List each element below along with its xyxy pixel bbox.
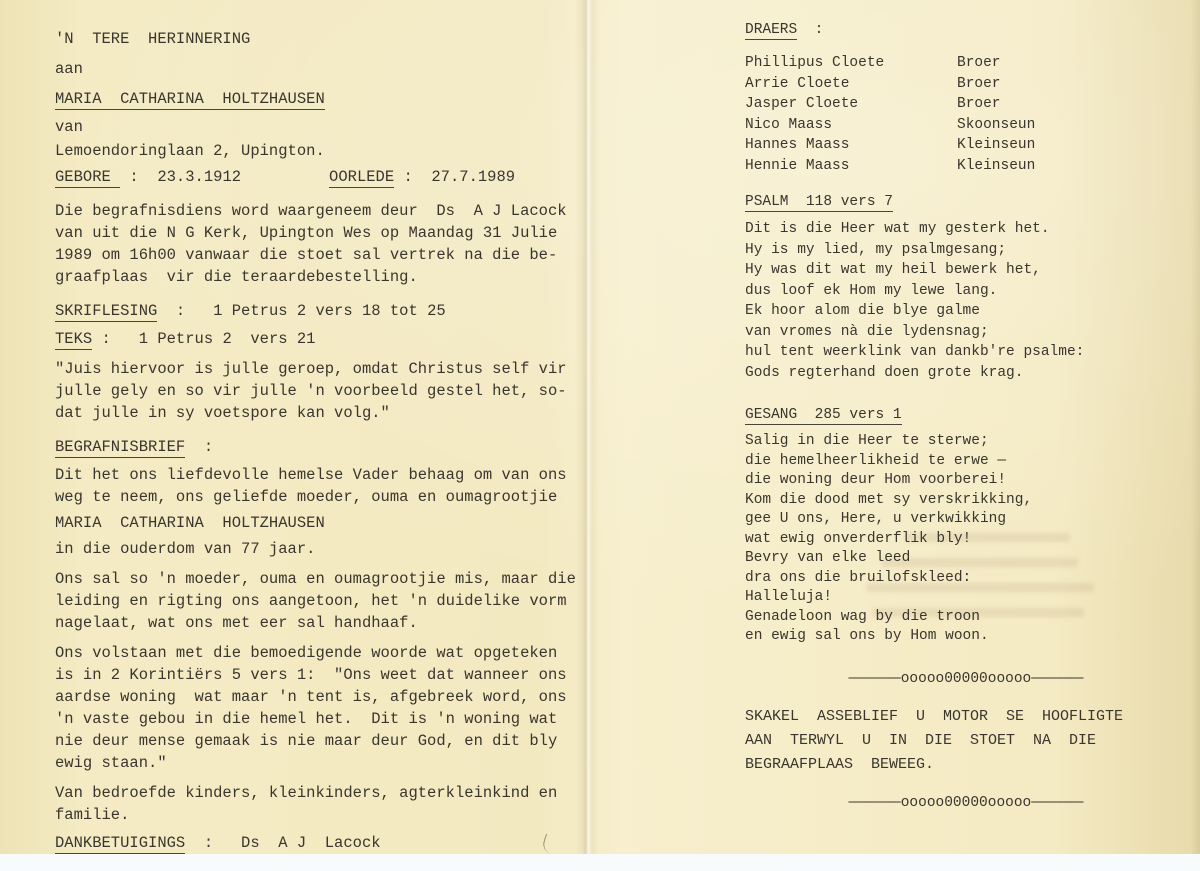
obituary-heading: BEGRAFNISBRIEF :: [55, 436, 580, 458]
memorial-heading: 'N TERE HERINNERING: [55, 28, 580, 50]
psalm-verse: Dit is die Heer wat my gesterk het. Hy i…: [745, 219, 1135, 383]
draers-label: DRAERS: [745, 22, 797, 40]
scripture-reading-line: SKRIFLESING : 1 Petrus 2 vers 18 tot 25: [55, 300, 580, 322]
died-value: : 27.7.1989: [394, 168, 515, 186]
bearer-name: Arrie Cloete: [745, 75, 957, 94]
text-reference-line: TEKS : 1 Petrus 2 vers 21: [55, 328, 580, 350]
bearer-role: Broer: [957, 95, 1135, 114]
van-label: van: [55, 116, 580, 138]
skriflesing-label: SKRIFLESING: [55, 302, 157, 322]
teks-value: : 1 Petrus 2 vers 21: [92, 330, 315, 348]
address-line: Lemoendoringlaan 2, Upington.: [55, 140, 580, 162]
bearers-heading: DRAERS :: [745, 20, 1135, 41]
service-paragraph: Die begrafnisdiens word waargeneem deur …: [55, 200, 580, 288]
died-label: OORLEDE: [329, 168, 394, 188]
bearer-name: Hennie Maass: [745, 157, 957, 176]
left-page: 'N TERE HERINNERING aan MARIA CATHARINA …: [55, 28, 580, 854]
born-died-row: GEBORE : 23.3.1912OORLEDE : 27.7.1989: [55, 166, 580, 188]
dankbetuigings-label: DANKBETUIGINGS: [55, 834, 185, 854]
begrafnisbrief-colon: :: [185, 438, 213, 456]
tribute-paragraph: Ons sal so 'n moeder, ouma en oumagrootj…: [55, 568, 580, 634]
teks-label: TEKS: [55, 330, 92, 350]
deceased-name-repeat: MARIA CATHARINA HOLTZHAUSEN: [55, 512, 580, 534]
skriflesing-value: : 1 Petrus 2 vers 18 tot 25: [157, 302, 445, 320]
family-line: Van bedroefde kinders, kleinkinders, agt…: [55, 782, 580, 826]
bearer-role: Skoonseun: [957, 116, 1135, 135]
hymn-heading: GESANG 285 vers 1: [745, 405, 1135, 426]
bearers-list: Phillipus CloeteBroer Arrie CloeteBroer …: [745, 54, 1135, 175]
psalm-heading: PSALM 118 vers 7: [745, 192, 1135, 213]
deceased-name-text: MARIA CATHARINA HOLTZHAUSEN: [55, 90, 325, 110]
divider-ornament-top: ——————ooooo00000ooooo——————: [771, 669, 1161, 689]
bearer-name: Phillipus Cloete: [745, 54, 957, 73]
bearer-role: Kleinseun: [957, 157, 1135, 176]
scanner-edge: [0, 854, 1200, 871]
scanned-paper-sheet: 'N TERE HERINNERING aan MARIA CATHARINA …: [0, 0, 1200, 854]
bearer-name: Nico Maass: [745, 116, 957, 135]
obituary-intro: Dit het ons liefdevolle hemelse Vader be…: [55, 464, 580, 508]
bearer-role: Broer: [957, 75, 1135, 94]
divider-ornament-bottom: ——————ooooo00000ooooo——————: [771, 793, 1161, 813]
bearer-role: Broer: [957, 54, 1135, 73]
funeral-procession-notice: SKAKEL ASSEBLIEF U MOTOR SE HOOFLIGTE AA…: [745, 705, 1135, 777]
bearer-name: Hannes Maass: [745, 136, 957, 155]
bearer-role: Kleinseun: [957, 136, 1135, 155]
aan-label: aan: [55, 58, 580, 80]
psalm-heading-text: PSALM 118 vers 7: [745, 194, 893, 212]
draers-colon: :: [797, 22, 823, 38]
comfort-paragraph: Ons volstaan met die bemoedigende woorde…: [55, 642, 580, 774]
thanks-line: DANKBETUIGINGS : Ds A J Lacock: [55, 832, 580, 854]
age-line: in die ouderdom van 77 jaar.: [55, 538, 580, 560]
born-value: : 23.3.1912: [120, 168, 241, 186]
born-label: GEBORE: [55, 168, 120, 188]
bearer-name: Jasper Cloete: [745, 95, 957, 114]
right-page: DRAERS : Phillipus CloeteBroer Arrie Clo…: [745, 20, 1135, 813]
scripture-quote: "Juis hiervoor is julle geroep, omdat Ch…: [55, 358, 580, 424]
begrafnisbrief-label: BEGRAFNISBRIEF: [55, 438, 185, 458]
deceased-name: MARIA CATHARINA HOLTZHAUSEN: [55, 88, 580, 110]
hymn-verse: Salig in die Heer te sterwe; die hemelhe…: [745, 432, 1135, 647]
dankbetuigings-value: : Ds A J Lacock: [185, 834, 380, 852]
hymn-heading-text: GESANG 285 vers 1: [745, 407, 902, 425]
